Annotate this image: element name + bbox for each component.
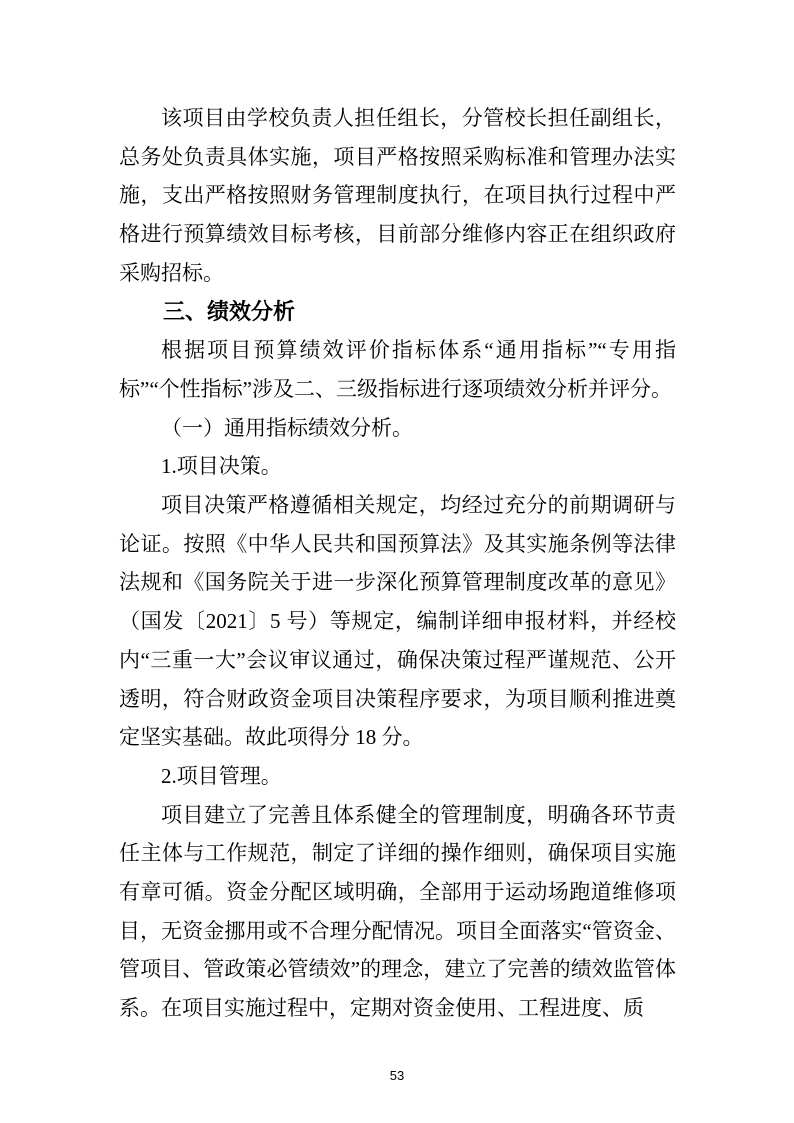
item-heading-project-management: 2.项目管理。 (119, 757, 676, 796)
item-heading-project-decision: 1.项目决策。 (119, 447, 676, 486)
document-body: 该项目由学校负责人担任组长，分管校长担任副组长，总务处负责具体实施，项目严格按照… (119, 99, 676, 1028)
section-heading-performance-analysis: 三、绩效分析 (119, 293, 676, 332)
paragraph-project-decision-detail: 项目决策严格遵循相关规定，均经过充分的前期调研与论证。按照《中华人民共和国预算法… (119, 486, 676, 757)
paragraph-project-management-detail: 项目建立了完善且体系健全的管理制度，明确各环节责任主体与工作规范，制定了详细的操… (119, 796, 676, 1028)
paragraph-project-organization: 该项目由学校负责人担任组长，分管校长担任副组长，总务处负责具体实施，项目严格按照… (119, 99, 676, 293)
page-number: 53 (0, 1068, 794, 1083)
paragraph-indicator-system-intro: 根据项目预算绩效评价指标体系“通用指标”“专用指标”“个性指标”涉及二、三级指标… (119, 331, 676, 408)
subsection-heading-general-indicators: （一）通用指标绩效分析。 (119, 409, 676, 448)
document-page: 该项目由学校负责人担任组长，分管校长担任副组长，总务处负责具体实施，项目严格按照… (0, 0, 794, 1123)
